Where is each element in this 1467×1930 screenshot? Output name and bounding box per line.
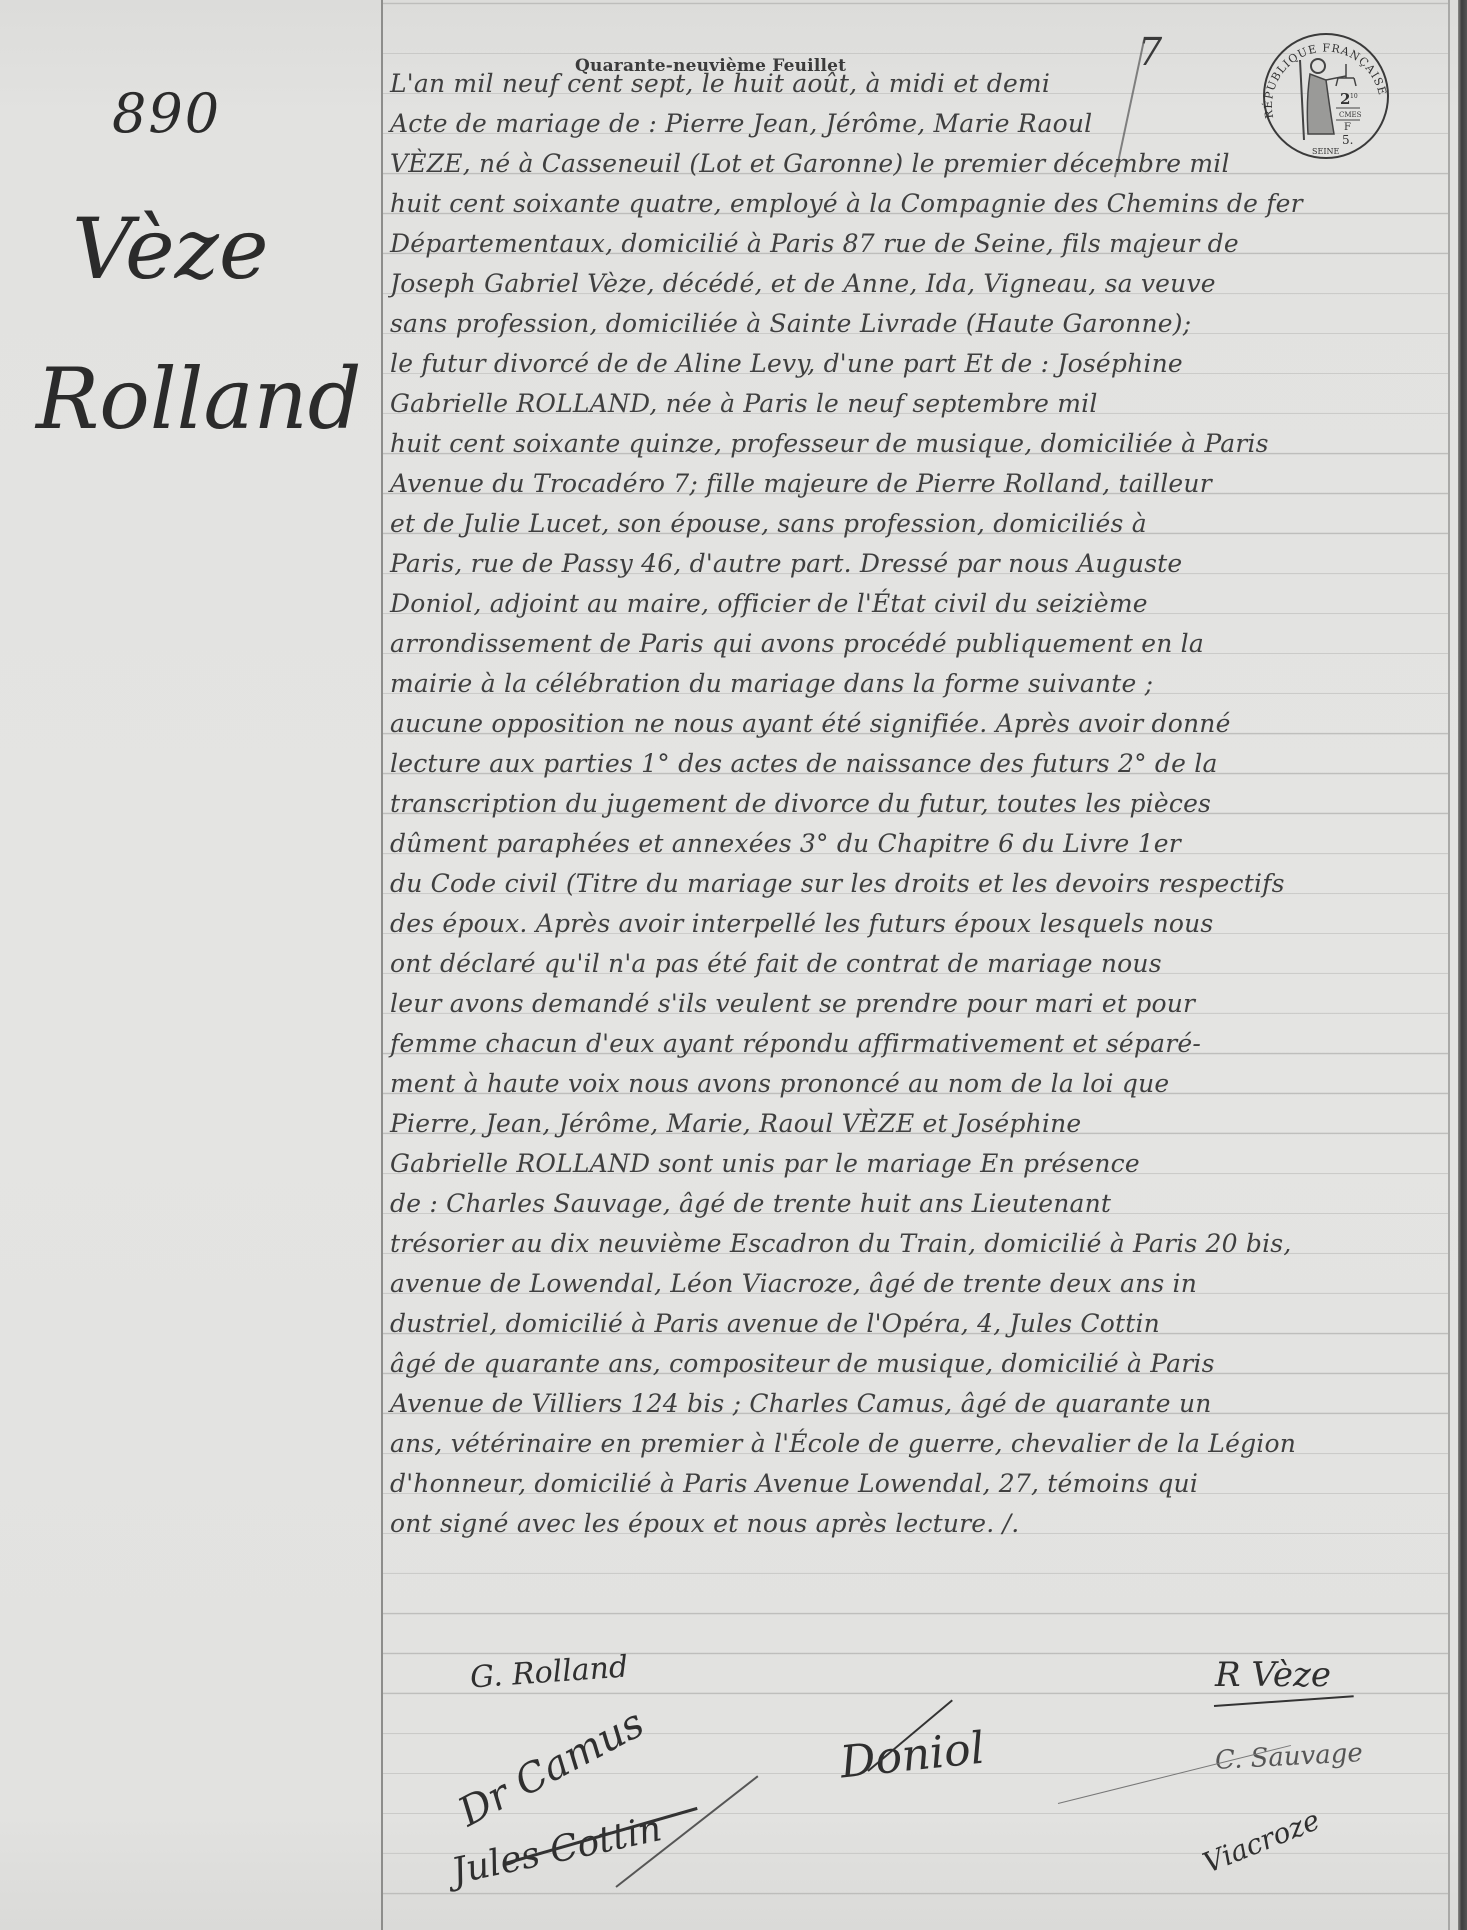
record-line: huit cent soixante quinze, professeur de… (388, 424, 1448, 464)
margin-rule (381, 0, 383, 1930)
binding-edge (1458, 0, 1467, 1930)
record-line: des époux. Après avoir interpellé les fu… (388, 904, 1448, 944)
record-line: trésorier au dix neuvième Escadron du Tr… (388, 1224, 1448, 1264)
record-line: dustriel, domicilié à Paris avenue de l'… (388, 1304, 1448, 1344)
record-line: Avenue de Villiers 124 bis ; Charles Cam… (388, 1384, 1448, 1424)
margin-name-bride: Rolland (36, 350, 362, 448)
record-line: ont signé avec les époux et nous après l… (388, 1504, 1448, 1544)
record-line: lecture aux parties 1° des actes de nais… (388, 744, 1448, 784)
record-line: Pierre, Jean, Jérôme, Marie, Raoul VÈZE … (388, 1104, 1448, 1144)
left-margin: 890 Vèze Rolland (0, 0, 380, 1930)
record-line: femme chacun d'eux ayant répondu affirma… (388, 1024, 1448, 1064)
record-line: huit cent soixante quatre, employé à la … (388, 184, 1448, 224)
record-line: le futur divorcé de de Aline Levy, d'une… (388, 344, 1448, 384)
record-line: Avenue du Trocadéro 7; fille majeure de … (388, 464, 1448, 504)
record-line: et de Julie Lucet, son épouse, sans prof… (388, 504, 1448, 544)
record-line: de : Charles Sauvage, âgé de trente huit… (388, 1184, 1448, 1224)
record-line: d'honneur, domicilié à Paris Avenue Lowe… (388, 1464, 1448, 1504)
record-line: transcription du jugement de divorce du … (388, 784, 1448, 824)
signature-groom: R Vèze (1215, 1655, 1331, 1695)
record-line: Joseph Gabriel Vèze, décédé, et de Anne,… (388, 264, 1448, 304)
record-line: VÈZE, né à Casseneuil (Lot et Garonne) l… (388, 144, 1448, 184)
marriage-record-text: L'an mil neuf cent sept, le huit août, à… (388, 64, 1448, 1544)
record-line: Acte de mariage de : Pierre Jean, Jérôme… (388, 104, 1448, 144)
record-line: âgé de quarante ans, compositeur de musi… (388, 1344, 1448, 1384)
record-line: avenue de Lowendal, Léon Viacroze, âgé d… (388, 1264, 1448, 1304)
record-line: Gabrielle ROLLAND sont unis par le maria… (388, 1144, 1448, 1184)
page-edge-shadow (1448, 0, 1450, 1930)
margin-name-groom: Vèze (72, 200, 269, 298)
entry-number: 890 (112, 82, 221, 145)
record-line: ont déclaré qu'il n'a pas été fait de co… (388, 944, 1448, 984)
record-line: Départementaux, domicilié à Paris 87 rue… (388, 224, 1448, 264)
record-line: L'an mil neuf cent sept, le huit août, à… (388, 64, 1448, 104)
record-line: arrondissement de Paris qui avons procéd… (388, 624, 1448, 664)
record-line: dûment paraphées et annexées 3° du Chapi… (388, 824, 1448, 864)
record-line: Paris, rue de Passy 46, d'autre part. Dr… (388, 544, 1448, 584)
record-line: du Code civil (Titre du mariage sur les … (388, 864, 1448, 904)
record-line: aucune opposition ne nous ayant été sign… (388, 704, 1448, 744)
record-line: leur avons demandé s'ils veulent se pren… (388, 984, 1448, 1024)
record-line: ans, vétérinaire en premier à l'École de… (388, 1424, 1448, 1464)
record-line: Doniol, adjoint au maire, officier de l'… (388, 584, 1448, 624)
record-line: sans profession, domiciliée à Sainte Liv… (388, 304, 1448, 344)
record-line: Gabrielle ROLLAND, née à Paris le neuf s… (388, 384, 1448, 424)
register-page: 890 Vèze Rolland Quarante-neuvième Feuil… (0, 0, 1460, 1930)
record-line: mairie à la célébration du mariage dans … (388, 664, 1448, 704)
record-line: ment à haute voix nous avons prononcé au… (388, 1064, 1448, 1104)
